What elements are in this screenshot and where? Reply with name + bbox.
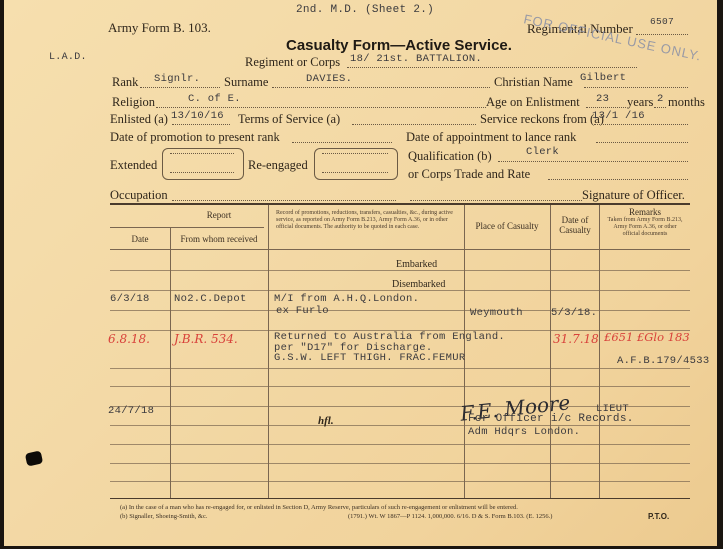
form-title: Casualty Form—Active Service.	[286, 37, 512, 54]
header-remarks: Remarks	[600, 207, 690, 217]
footnote-a: (a) In the case of a man who has re-enga…	[120, 504, 518, 511]
footnote-b: (b) Signaller, Shoeing-Smith, &c.	[120, 513, 207, 520]
header-report: Report	[170, 210, 268, 220]
ink-blot	[25, 450, 43, 466]
qualification-label: Qualification (b)	[408, 149, 492, 164]
regiment-label: Regiment or Corps	[245, 55, 340, 70]
terms-label: Terms of Service (a)	[238, 112, 340, 127]
row-date-casualty: 31.7.18	[553, 332, 599, 346]
religion-label: Religion	[112, 95, 155, 110]
margin-note: L.A.D.	[49, 52, 87, 63]
row-record-line3: G.S.W. LEFT THIGH. FRAC.FEMUR	[274, 353, 465, 363]
extended-label: Extended	[110, 158, 157, 173]
row-from-whom: J.B.R. 534.	[174, 332, 238, 346]
row-remarks: £651 £Glo 183	[604, 330, 690, 344]
printer-line: (1791.) Wt. W 1867—P 1124. 1,000,000. 6/…	[348, 513, 552, 520]
header-remarks-sub: Taken from Army Form B.213, Army Form A.…	[606, 217, 684, 238]
service-reckons-value: 13/1 /16	[592, 110, 645, 122]
header-record: Record of promotions, reductions, transf…	[276, 210, 460, 231]
form-number: Army Form B. 103.	[108, 20, 211, 36]
lance-rank-label: Date of appointment to lance rank	[406, 130, 576, 145]
embarked-label: Embarked	[396, 259, 437, 270]
occupation-label: Occupation	[110, 188, 168, 203]
rank-value: Signlr.	[154, 73, 200, 85]
header-date: Date	[110, 234, 170, 244]
age-years: 23	[596, 93, 609, 105]
row-record: M/I from A.H.Q.London.	[274, 293, 419, 305]
service-reckons-label: Service reckons from (a)	[480, 112, 604, 127]
age-label: Age on Enlistment	[486, 95, 580, 110]
officer-records: For Officer i/c Records.	[468, 413, 634, 425]
signature-label: Signature of Officer.	[582, 188, 685, 203]
surname-value: DAVIES.	[306, 73, 352, 85]
reengaged-label: Re-engaged	[248, 158, 308, 173]
row-record-initials: hfl.	[318, 415, 334, 427]
row-from-whom: No2.C.Depot	[174, 293, 247, 305]
regiment-value: 18/ 21st. BATTALION.	[350, 53, 482, 65]
christian-name-label: Christian Name	[494, 75, 573, 90]
row-remarks-line2: A.F.B.179/4533	[617, 355, 709, 367]
district-line: 2nd. M.D. (Sheet 2.)	[296, 4, 434, 16]
months-label: months	[668, 95, 705, 110]
years-label: years	[627, 95, 653, 110]
surname-label: Surname	[224, 75, 268, 90]
row-date: 6.8.18.	[108, 332, 150, 346]
religion-value: C. of E.	[188, 93, 241, 105]
row-date-casualty: 5/3/18.	[551, 307, 597, 319]
row-date: 6/3/18	[110, 293, 150, 305]
enlisted-label: Enlisted (a)	[110, 112, 168, 127]
row-record-line2: ex Furlo	[276, 305, 329, 317]
promotion-label: Date of promotion to present rank	[110, 130, 280, 145]
disembarked-label: Disembarked	[392, 279, 445, 290]
rank-label: Rank	[112, 75, 138, 90]
enlisted-value: 13/10/16	[171, 110, 224, 122]
regimental-number: 6507	[650, 16, 674, 27]
official-use-stamp: FOR OFFICIAL USE ONLY.	[522, 11, 703, 63]
officer-hq: Adm Hdqrs London.	[468, 426, 580, 438]
casualty-form-page: 2nd. M.D. (Sheet 2.) Army Form B. 103. R…	[4, 0, 717, 546]
row-date: 24/7/18	[108, 405, 154, 417]
age-months: 2	[657, 93, 664, 105]
corps-trade-label: or Corps Trade and Rate	[408, 167, 530, 182]
qualification-value: Clerk	[526, 146, 559, 158]
christian-name-value: Gilbert	[580, 72, 626, 84]
header-date-casualty: Date of Casualty	[551, 215, 599, 235]
header-from-whom: From whom received	[170, 234, 268, 244]
row-place: Weymouth	[470, 307, 523, 319]
header-place: Place of Casualty	[464, 221, 550, 231]
pto-label: P.T.O.	[648, 512, 669, 521]
